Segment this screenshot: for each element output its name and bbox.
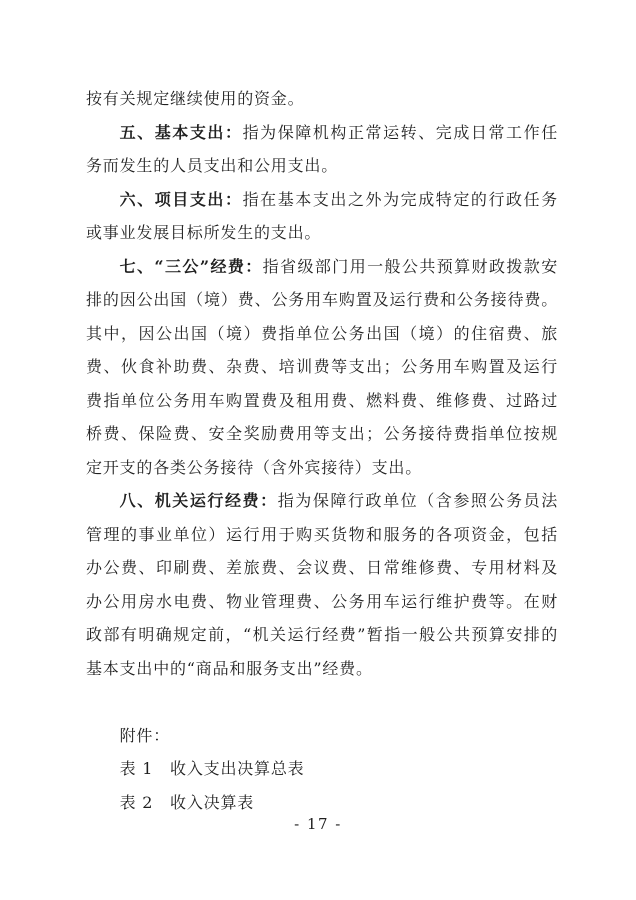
body-line: 五、基本支出：指为保障机构正常运转、完成日常工作任: [86, 116, 558, 150]
body-line: 基本支出中的“商品和服务支出”经费。: [86, 652, 558, 686]
body-line: 办公费、印刷费、差旅费、会议费、日常维修费、专用材料及: [86, 551, 558, 585]
attachments-label: 附件：: [86, 719, 558, 753]
body-line-text: 费指单位公务用车购置费及租用费、燃料费、维修费、过路过: [86, 391, 558, 410]
body-line-text: 定开支的各类公务接待（含外宾接待）支出。: [86, 458, 422, 477]
attachment-item-text: 表 2 收入决算表: [120, 793, 254, 812]
body-line-text: 办公费、印刷费、差旅费、会议费、日常维修费、专用材料及: [86, 558, 558, 577]
body-line: 其中，因公出国（境）费指单位公务出国（境）的住宿费、旅: [86, 317, 558, 351]
body-line-text: 指在基本支出之外为完成特定的行政任务: [243, 190, 558, 209]
body-line-text: 指省级部门用一般公共预算财政拨款安: [263, 257, 558, 276]
body-line-text: 务而发生的人员支出和公用支出。: [86, 156, 338, 175]
body-line: 或事业发展目标所发生的支出。: [86, 216, 558, 250]
body-line-text: 费、伙食补助费、杂费、培训费等支出；公务用车购置及运行: [86, 357, 558, 376]
body-line-text: 桥费、保险费、安全奖励费用等支出；公务接待费指单位按规: [86, 424, 558, 443]
term-heading: 七、“三公”经费：: [120, 257, 263, 276]
body-line: 管理的事业单位）运行用于购买货物和服务的各项资金，包括: [86, 518, 558, 552]
attachment-item: 表 1 收入支出决算总表: [86, 752, 558, 786]
body-line-text: 按有关规定继续使用的资金。: [86, 89, 304, 108]
body-line-text: 指为保障行政单位（含参照公务员法: [278, 491, 558, 510]
attachments-label-text: 附件：: [120, 726, 170, 745]
body-line-text: 政部有明确规定前，“机关运行经费”暂指一般公共预算安排的: [86, 625, 558, 644]
body-line-text: 或事业发展目标所发生的支出。: [86, 223, 321, 242]
body-line-text: 排的因公出国（境）费、公务用车购置及运行费和公务接待费。: [86, 290, 558, 309]
body-line: 务而发生的人员支出和公用支出。: [86, 149, 558, 183]
body-line-text: 管理的事业单位）运行用于购买货物和服务的各项资金，包括: [86, 525, 558, 544]
body-line: 排的因公出国（境）费、公务用车购置及运行费和公务接待费。: [86, 283, 558, 317]
body-line: 办公用房水电费、物业管理费、公务用车运行维护费等。在财: [86, 585, 558, 619]
body-line: 八、机关运行经费：指为保障行政单位（含参照公务员法: [86, 484, 558, 518]
body-line: 六、项目支出：指在基本支出之外为完成特定的行政任务: [86, 183, 558, 217]
body-line-text: 其中，因公出国（境）费指单位公务出国（境）的住宿费、旅: [86, 324, 558, 343]
term-heading: 八、机关运行经费：: [120, 491, 278, 510]
document-page: 按有关规定继续使用的资金。 五、基本支出：指为保障机构正常运转、完成日常工作任 …: [0, 0, 636, 900]
term-heading: 五、基本支出：: [120, 123, 243, 142]
body-line-text: 指为保障机构正常运转、完成日常工作任: [243, 123, 558, 142]
page-number: - 17 -: [0, 814, 636, 834]
body-line: 七、“三公”经费：指省级部门用一般公共预算财政拨款安: [86, 250, 558, 284]
body-line-text: 办公用房水电费、物业管理费、公务用车运行维护费等。在财: [86, 592, 558, 611]
body-line: 按有关规定继续使用的资金。: [86, 82, 558, 116]
body-line-text: 基本支出中的“商品和服务支出”经费。: [86, 659, 373, 678]
term-heading: 六、项目支出：: [120, 190, 243, 209]
attachment-item-text: 表 1 收入支出决算总表: [120, 759, 305, 778]
body-line: 费指单位公务用车购置费及租用费、燃料费、维修费、过路过: [86, 384, 558, 418]
body-line: 政部有明确规定前，“机关运行经费”暂指一般公共预算安排的: [86, 618, 558, 652]
body-line: 桥费、保险费、安全奖励费用等支出；公务接待费指单位按规: [86, 417, 558, 451]
document-body-text: 按有关规定继续使用的资金。 五、基本支出：指为保障机构正常运转、完成日常工作任 …: [86, 82, 558, 819]
body-line: 定开支的各类公务接待（含外宾接待）支出。: [86, 451, 558, 485]
blank-line-spacer: [86, 685, 558, 719]
body-line: 费、伙食补助费、杂费、培训费等支出；公务用车购置及运行: [86, 350, 558, 384]
